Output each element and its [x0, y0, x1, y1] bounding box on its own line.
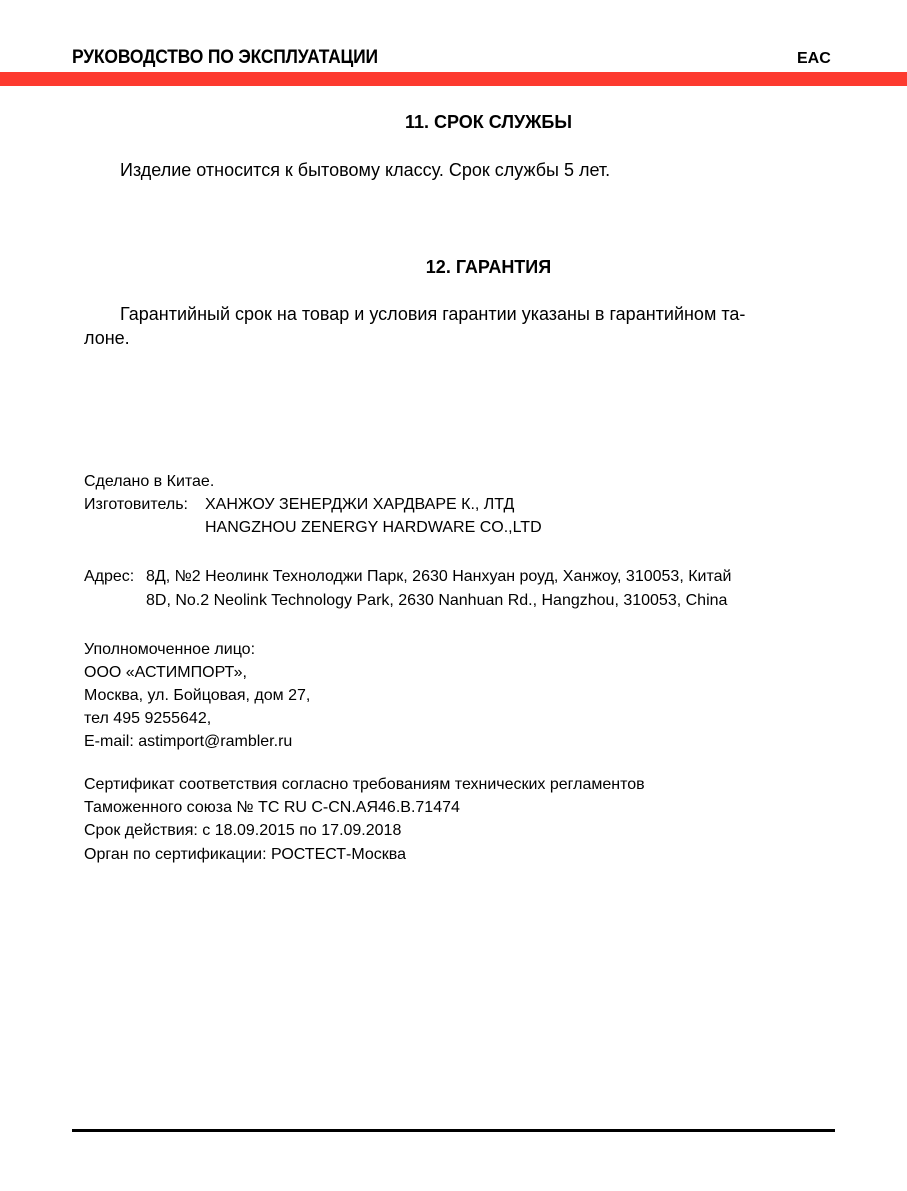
- address-ru: 8Д, №2 Неолинк Технолоджи Парк, 2630 Нан…: [146, 565, 731, 588]
- authorized-phone: тел 495 9255642,: [84, 707, 211, 730]
- certification-body: Орган по сертификации: РОСТЕСТ-Москва: [84, 843, 406, 866]
- address-en: 8D, No.2 Neolink Technology Park, 2630 N…: [146, 589, 727, 612]
- certificate-line-2: Таможенного союза № ТС RU C-CN.АЯ46.В.71…: [84, 796, 460, 819]
- manufacturer-label: Изготовитель:: [84, 493, 188, 516]
- section-title-service-life: 11. СРОК СЛУЖБЫ: [35, 112, 907, 133]
- authorized-email: E-mail: astimport@rambler.ru: [84, 730, 292, 753]
- certificate-validity: Срок действия: с 18.09.2015 по 17.09.201…: [84, 819, 401, 842]
- footer-divider: [72, 1129, 835, 1132]
- eac-mark: EAC: [797, 50, 831, 68]
- header-accent-bar: [0, 72, 907, 86]
- manufacturer-name-en: HANGZHOU ZENERGY HARDWARE CO.,LTD: [205, 516, 542, 539]
- address-label: Адрес:: [84, 565, 134, 588]
- document-header-title: РУКОВОДСТВО ПО ЭКСПЛУАТАЦИИ: [72, 47, 378, 69]
- authorized-company: ООО «АСТИМПОРТ»,: [84, 661, 247, 684]
- authorized-label: Уполномоченное лицо:: [84, 638, 255, 661]
- service-life-text: Изделие относится к бытовому классу. Сро…: [120, 158, 610, 182]
- warranty-text-body: Гарантийный срок на товар и условия гара…: [84, 304, 745, 348]
- origin-text: Сделано в Китае.: [84, 470, 214, 493]
- section-title-warranty: 12. ГАРАНТИЯ: [35, 257, 907, 278]
- authorized-address: Москва, ул. Бойцовая, дом 27,: [84, 684, 310, 707]
- warranty-text: Гарантийный срок на товар и условия гара…: [84, 302, 824, 350]
- certificate-line-1: Сертификат соответствия согласно требова…: [84, 773, 645, 796]
- manufacturer-name-ru: ХАНЖОУ ЗЕНЕРДЖИ ХАРДВАРЕ К., ЛТД: [205, 493, 514, 516]
